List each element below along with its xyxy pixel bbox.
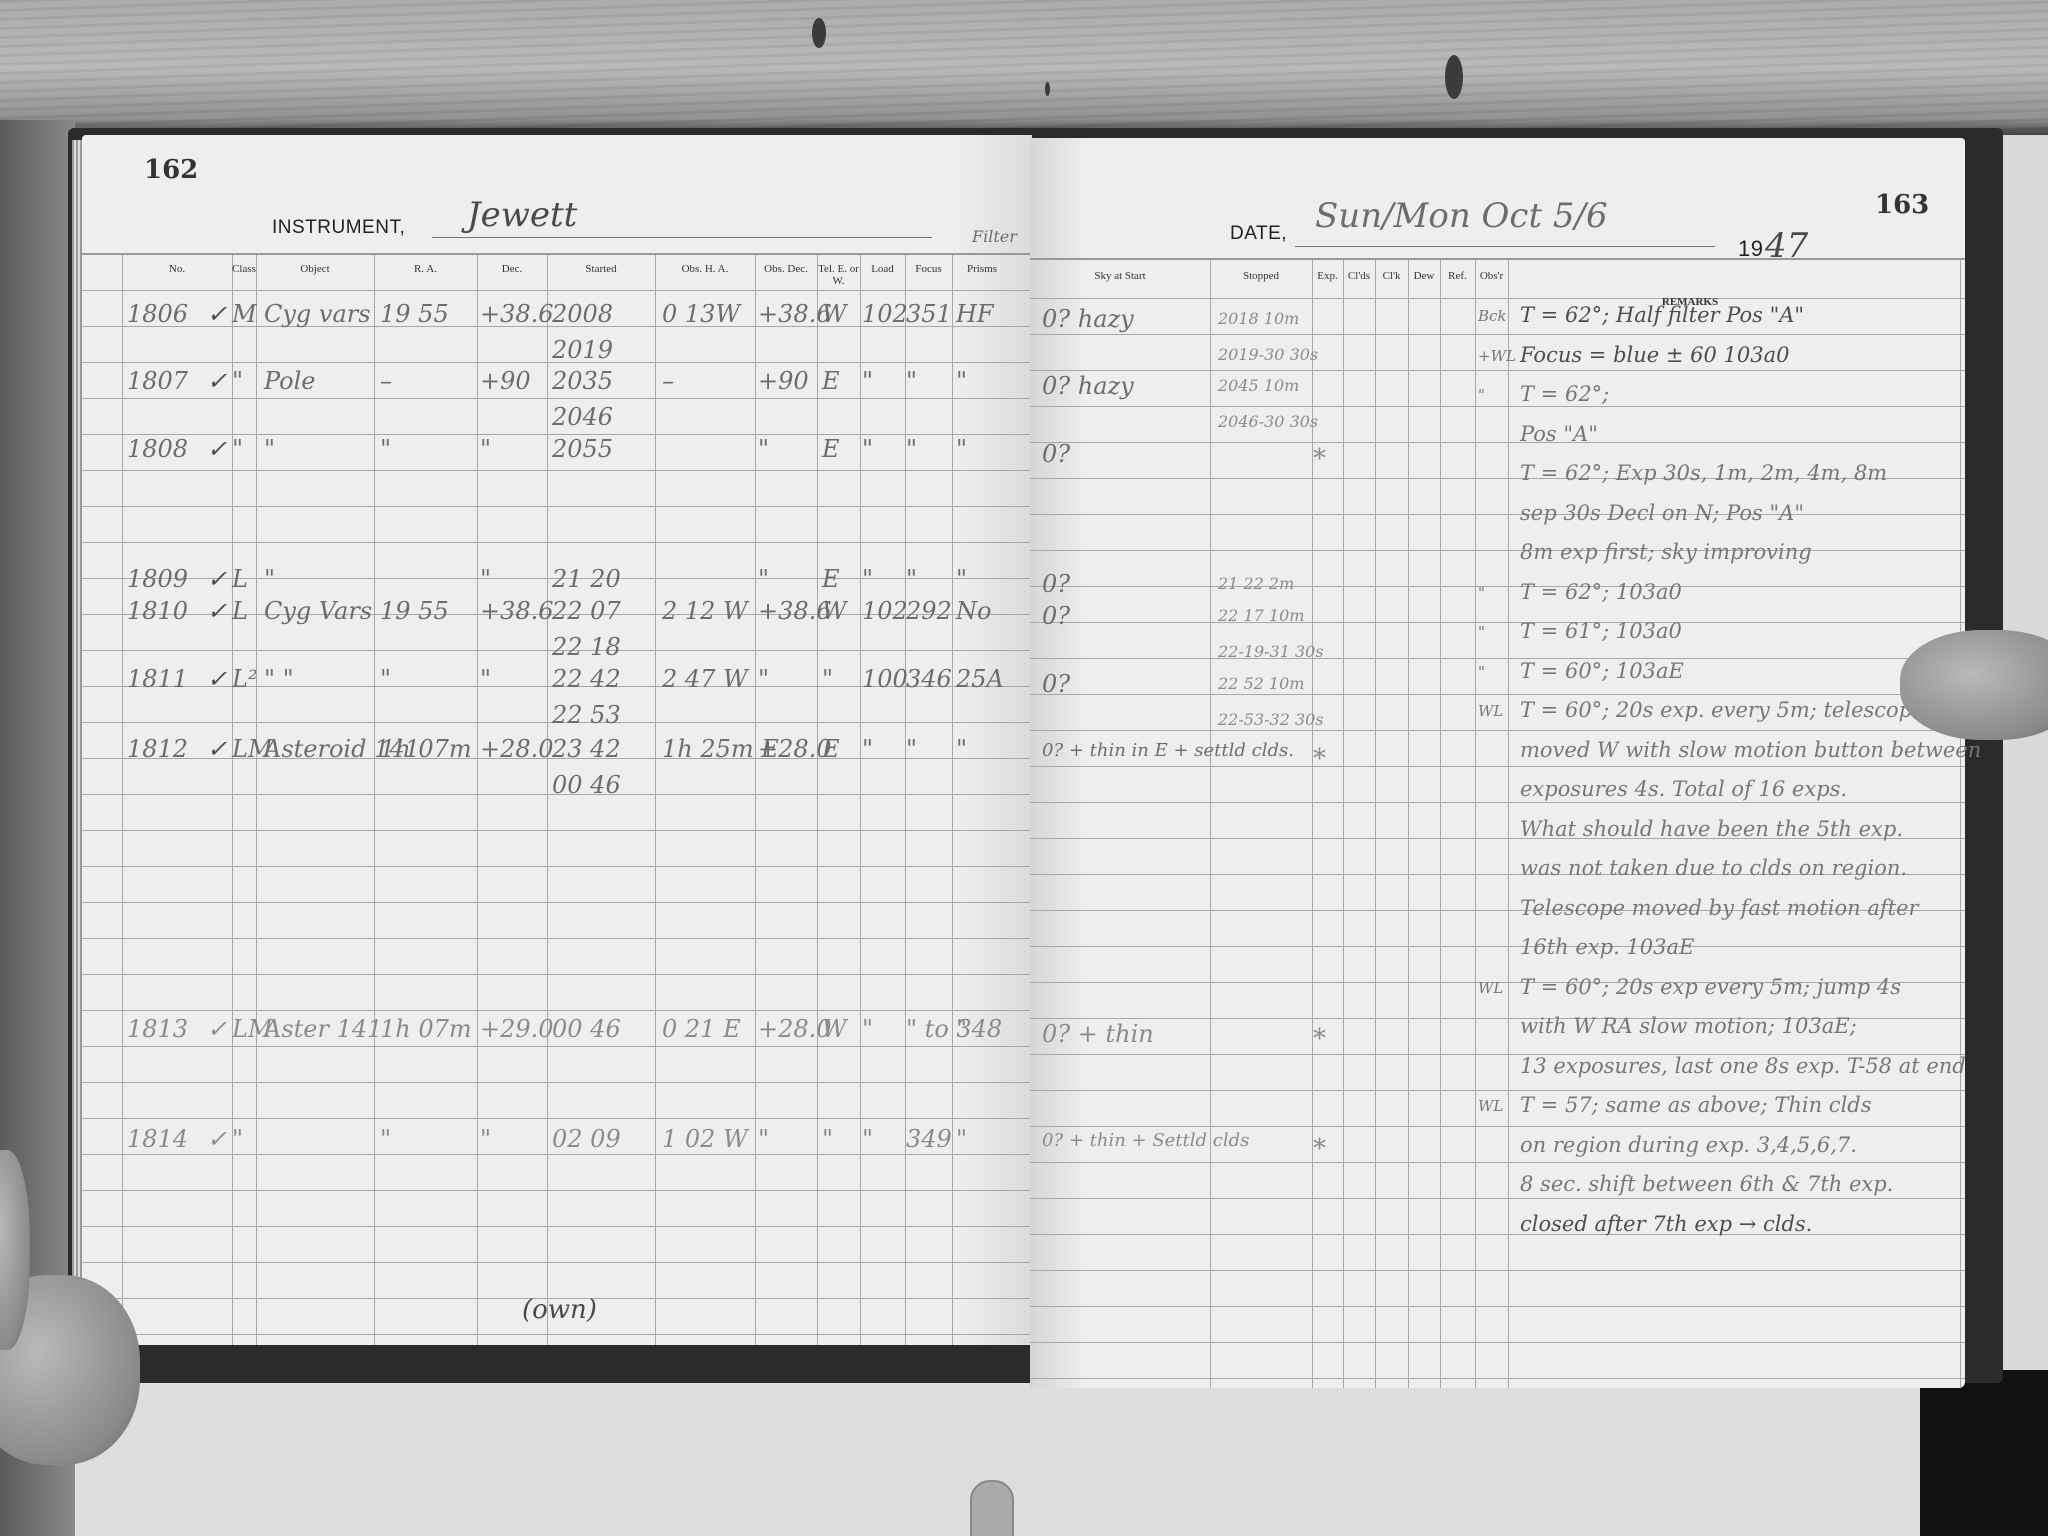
remark-line: Focus = blue ± 60 103a0: [1520, 343, 1790, 367]
grid-line: [860, 255, 861, 1345]
entry-stopped: *: [1313, 444, 1326, 474]
entry-started: 2055: [552, 435, 613, 463]
remark-line: with W RA slow motion; 103aE;: [1520, 1014, 1857, 1038]
column-header: Class: [232, 263, 256, 275]
entry-stopped: 2018 10m: [1218, 309, 1299, 328]
entry-obs_dec: +38.6: [758, 597, 832, 625]
entry-obs_ha: 1 02 W: [662, 1125, 748, 1153]
entry-prisms: ": [956, 435, 967, 463]
grid-line: [1030, 1306, 1965, 1307]
remark-prefix: +WL: [1478, 347, 1516, 365]
remark-line: 8m exp first; sky improving: [1520, 540, 1812, 564]
grid-line: [82, 290, 1032, 291]
entry-focus: 346: [906, 665, 952, 693]
remark-line: T = 62°; 103a0: [1520, 580, 1682, 604]
grid-line: [1030, 406, 1965, 407]
grid-line: [755, 255, 756, 1345]
entry-no: 1810: [127, 597, 188, 625]
entry-tel: E: [822, 735, 840, 763]
column-header: Focus: [905, 263, 952, 275]
entry-no: 1807: [127, 367, 188, 395]
entry-prisms: ": [956, 735, 967, 763]
column-header: Cl'ds: [1343, 270, 1375, 282]
remark-line: moved W with slow motion button between: [1520, 738, 1981, 762]
entry-class: ": [232, 1125, 243, 1153]
entry-ra: –: [380, 367, 392, 395]
entry-load: ": [862, 1125, 873, 1153]
entry-object: ": [264, 435, 275, 463]
remark-line: T = 57; same as above; Thin clds: [1520, 1093, 1872, 1117]
grid-line: [1030, 658, 1965, 659]
column-header: Object: [256, 263, 374, 275]
entry-check: ✓: [207, 1125, 227, 1153]
entry-focus: ": [906, 435, 917, 463]
entry-ra: 1h 07m: [380, 1015, 472, 1043]
remark-prefix: ": [1478, 663, 1485, 681]
entry-started: 23 42: [552, 735, 621, 763]
entry-stopped: *: [1313, 744, 1326, 774]
entry-tel: E: [822, 367, 840, 395]
entry-obs_ha: 2 47 W: [662, 665, 748, 693]
grid-line: [82, 398, 1032, 399]
entry-stopped: 22 52 10m: [1218, 674, 1304, 693]
remark-line: T = 61°; 103a0: [1520, 619, 1682, 643]
grid-line: [1408, 260, 1409, 1388]
entry-stopped: 2046-30 30s: [1218, 412, 1318, 431]
entry-no: 1812: [127, 735, 188, 763]
entry-check: ✓: [207, 435, 227, 463]
grid-line: [1030, 1090, 1965, 1091]
instrument-value: Jewett: [467, 195, 577, 235]
grid-line: [256, 255, 257, 1345]
grid-line: [82, 506, 1032, 507]
grid-line: [1030, 298, 1965, 299]
column-header: Sky at Start: [1050, 270, 1190, 282]
grid-line: [82, 1046, 1032, 1047]
entry-focus: ": [906, 735, 917, 763]
remark-line: Telescope moved by fast motion after: [1520, 896, 1919, 920]
grid-line: [82, 542, 1032, 543]
entry-started: 02 09: [552, 1125, 621, 1153]
entry-sky: 0? hazy: [1042, 305, 1134, 333]
entry-tel: E: [822, 435, 840, 463]
entry-no: 1808: [127, 435, 188, 463]
grid-line: [232, 255, 233, 1345]
grid-line: [82, 470, 1032, 471]
entry-obs_dec: +28.0: [758, 1015, 832, 1043]
column-header: Obs. H. A.: [655, 263, 755, 275]
grid-line: [1030, 550, 1965, 551]
grid-line: [82, 1262, 1032, 1263]
remark-line: 16th exp. 103aE: [1520, 935, 1694, 959]
entry-sky: 0? + thin + Settld clds: [1042, 1130, 1249, 1151]
grid-line: [82, 1226, 1032, 1227]
entry-sky: 0? + thin: [1042, 1020, 1154, 1048]
entry-sky: 0? + thin in E + settld clds.: [1042, 740, 1294, 761]
wood-knot: [1445, 55, 1463, 99]
column-header: No.: [122, 263, 232, 275]
entry-focus: " to 348: [906, 1015, 1002, 1043]
remark-prefix: ": [1478, 386, 1485, 404]
entry-sky: 0?: [1042, 670, 1070, 698]
entry-dec: +29.0: [480, 1015, 554, 1043]
entry-class: M: [232, 300, 257, 328]
entry-no: 1814: [127, 1125, 188, 1153]
hook: [970, 1480, 1014, 1536]
entry-dec: ": [480, 1125, 491, 1153]
entry-dec: +28.0: [480, 735, 554, 763]
entry-focus: 292: [906, 597, 952, 625]
wooden-shelf: [0, 0, 2048, 135]
entry-started: 2035: [552, 367, 613, 395]
entry-dec: ": [480, 565, 491, 593]
entry-obs_ha: 0 13W: [662, 300, 740, 328]
entry-dec: +90: [480, 367, 531, 395]
entry-load: ": [862, 735, 873, 763]
grid-line: [122, 255, 123, 1345]
instrument-label: INSTRUMENT,: [272, 217, 405, 239]
entry-check: ✓: [207, 735, 227, 763]
grid-line: [1030, 1378, 1965, 1379]
entry-dec: +38.6: [480, 300, 554, 328]
entry-load: ": [862, 435, 873, 463]
entry-sky: 0?: [1042, 602, 1070, 630]
entry-no: 1813: [127, 1015, 188, 1043]
entry-prisms: ": [956, 1015, 967, 1043]
entry-dec: ": [480, 665, 491, 693]
column-header: Stopped: [1210, 270, 1312, 282]
remark-line: T = 62°; Half filter Pos "A": [1520, 303, 1804, 327]
page-number: 162: [144, 155, 198, 185]
entry-dec: ": [480, 435, 491, 463]
entry-obs_dec: ": [758, 1125, 769, 1153]
entry-check: ✓: [207, 597, 227, 625]
entry-obs_ha: –: [662, 367, 674, 395]
year-suffix: 47: [1765, 226, 1808, 266]
grid-line: [1030, 730, 1965, 731]
entry-object: Cyg Vars: [264, 597, 372, 625]
grid-line: [1030, 514, 1965, 515]
entry-class: L: [232, 565, 248, 593]
entry-started-2: 22 18: [552, 633, 621, 661]
entry-no: 1809: [127, 565, 188, 593]
grid-line: [1475, 260, 1476, 1388]
entry-class: ": [232, 367, 243, 395]
entry-obs_ha: 0 21 E: [662, 1015, 741, 1043]
column-header: Cl'k: [1375, 270, 1408, 282]
entry-check: ✓: [207, 665, 227, 693]
entry-prisms: ": [956, 367, 967, 395]
filter-note: Filter: [972, 227, 1017, 246]
entry-obs_dec: ": [758, 435, 769, 463]
grid-line: [1210, 260, 1211, 1388]
remark-line: T = 60°; 20s exp every 5m; jump 4s: [1520, 975, 1901, 999]
grid-line: [1030, 1198, 1965, 1199]
entry-ra: 19 55: [380, 300, 449, 328]
entry-load: ": [862, 565, 873, 593]
entry-prisms: 25A: [956, 665, 1004, 693]
grid-line: [1030, 694, 1965, 695]
grid-line: [82, 974, 1032, 975]
right-page: 163 DATE, Sun/Mon Oct 5/6 19 47 Sky at S…: [1030, 138, 1965, 1388]
grid-line: [82, 866, 1032, 867]
column-header: Dec.: [477, 263, 547, 275]
entry-load: 102: [862, 300, 908, 328]
grid-line: [1343, 260, 1344, 1388]
entry-obs_ha: 2 12 W: [662, 597, 748, 625]
entry-load: ": [862, 1015, 873, 1043]
entry-prisms: No: [956, 597, 991, 625]
wood-knot: [812, 18, 826, 48]
entry-obs_dec: +90: [758, 367, 809, 395]
grid-line: [1030, 1162, 1965, 1163]
column-header: Ref.: [1440, 270, 1475, 282]
remark-prefix: Bck: [1478, 307, 1507, 325]
grid-line: [655, 255, 656, 1345]
remark-line: T = 60°; 20s exp. every 5m; telescope: [1520, 698, 1925, 722]
entry-no: 1811: [127, 665, 188, 693]
entry-load: 100: [862, 665, 908, 693]
entry-check: ✓: [207, 1015, 227, 1043]
entry-class: L: [232, 597, 248, 625]
background-shadow: [1920, 1370, 2048, 1536]
grid-line: [1030, 1342, 1965, 1343]
remark-line: exposures 4s. Total of 16 exps.: [1520, 777, 1847, 801]
entry-obs_dec: ": [758, 665, 769, 693]
grid-line: [82, 1118, 1032, 1119]
column-header: Obs. Dec.: [755, 263, 817, 275]
entry-tel: W: [822, 1015, 847, 1043]
remark-line: closed after 7th exp → clds.: [1520, 1212, 1812, 1236]
grid-line: [1030, 1126, 1965, 1127]
grid-line: [82, 1082, 1032, 1083]
entry-load: ": [862, 367, 873, 395]
grid-line: [82, 1190, 1032, 1191]
entry-stopped: 22 17 10m: [1218, 606, 1304, 625]
remark-prefix: ": [1478, 623, 1485, 641]
column-header: R. A.: [374, 263, 477, 275]
grid-line: [82, 938, 1032, 939]
entry-started: 2008: [552, 300, 613, 328]
grid-line: [1030, 622, 1965, 623]
entry-stopped: 2045 10m: [1218, 376, 1299, 395]
remark-line: was not taken due to clds on region.: [1520, 856, 1907, 880]
entry-ra: ": [380, 665, 391, 693]
grid-line: [477, 255, 478, 1345]
entry-class: L²: [232, 665, 258, 693]
entry-stopped: 2019-30 30s: [1218, 345, 1318, 364]
entry-stopped: 22-53-32 30s: [1218, 710, 1324, 729]
grid-line: [82, 830, 1032, 831]
grid-line: [1030, 334, 1965, 335]
entry-stopped: 22-19-31 30s: [1218, 642, 1324, 661]
entry-sky: 0? hazy: [1042, 372, 1134, 400]
entry-stopped: 21 22 2m: [1218, 574, 1294, 593]
column-header: Started: [547, 263, 655, 275]
remark-prefix: WL: [1478, 1097, 1503, 1115]
column-header: Exp.: [1312, 270, 1343, 282]
wood-knot: [1045, 82, 1050, 96]
date-value: Sun/Mon Oct 5/6: [1315, 196, 1608, 236]
entry-obs_dec: +38.6: [758, 300, 832, 328]
remark-line: T = 60°; 103aE: [1520, 659, 1684, 683]
thumb-right: [1900, 630, 2048, 740]
remark-line: What should have been the 5th exp.: [1520, 817, 1903, 841]
entry-stopped: *: [1313, 1024, 1326, 1054]
entry-obs_dec: +28.0: [758, 735, 832, 763]
grid-line: [1030, 586, 1965, 587]
grid-line: [547, 255, 548, 1345]
entry-load: 102: [862, 597, 908, 625]
entry-object: " ": [264, 665, 294, 693]
grid-line: [82, 1154, 1032, 1155]
entry-started: 22 07: [552, 597, 621, 625]
grid-line: [1030, 946, 1965, 947]
entry-object: Aster 141: [264, 1015, 382, 1043]
entry-started-2: 2046: [552, 403, 613, 431]
entry-stopped: *: [1313, 1134, 1326, 1164]
entry-started-2: 2019: [552, 336, 613, 364]
grid-line: [1030, 1270, 1965, 1271]
remark-line: sep 30s Decl on N; Pos "A": [1520, 501, 1804, 525]
page-number: 163: [1875, 190, 1929, 220]
entry-object: Pole: [264, 367, 316, 395]
entry-no: 1806: [127, 300, 188, 328]
grid-line: [1030, 1234, 1965, 1235]
entry-dec: +38.6: [480, 597, 554, 625]
entry-ra: 1h 07m: [380, 735, 472, 763]
remark-prefix: ": [1478, 584, 1485, 602]
entry-check: ✓: [207, 367, 227, 395]
grid-line: [817, 255, 818, 1345]
left-page: 162 INSTRUMENT, Jewett Filter No.ClassOb…: [82, 135, 1032, 1345]
grid-line: [82, 1010, 1032, 1011]
entry-check: ✓: [207, 300, 227, 328]
entry-focus: ": [906, 565, 917, 593]
entry-prisms: HF: [956, 300, 994, 328]
column-header: Tel. E. or W.: [817, 263, 860, 287]
entry-focus: ": [906, 367, 917, 395]
entry-focus: 351: [906, 300, 952, 328]
entry-tel: W: [822, 597, 847, 625]
column-header: Obs'r: [1475, 270, 1508, 282]
entry-class: ": [232, 435, 243, 463]
grid-line: [1440, 260, 1441, 1388]
entry-ra: ": [380, 1125, 391, 1153]
entry-sky: 0?: [1042, 570, 1070, 598]
entry-ra: ": [380, 435, 391, 463]
signature: (own): [522, 1295, 597, 1325]
entry-started: 21 20: [552, 565, 621, 593]
entry-started-2: 22 53: [552, 701, 621, 729]
entry-check: ✓: [207, 565, 227, 593]
grid-line: [1030, 370, 1965, 371]
entry-tel: E: [822, 565, 840, 593]
entry-tel: ": [822, 665, 833, 693]
grid-line: [82, 902, 1032, 903]
grid-line: [952, 255, 953, 1345]
entry-prisms: ": [956, 565, 967, 593]
column-header: Prisms: [952, 263, 1012, 275]
remark-line: Pos "A": [1520, 422, 1598, 446]
grid-line: [1030, 802, 1965, 803]
entry-ra: 19 55: [380, 597, 449, 625]
remark-line: 8 sec. shift between 6th & 7th exp.: [1520, 1172, 1893, 1196]
entry-tel: W: [822, 300, 847, 328]
remark-line: 13 exposures, last one 8s exp. T-58 at e…: [1520, 1054, 1966, 1078]
entry-started: 22 42: [552, 665, 621, 693]
grid-line: [1508, 260, 1509, 1388]
remark-prefix: WL: [1478, 979, 1503, 997]
remark-line: T = 62°; Exp 30s, 1m, 2m, 4m, 8m: [1520, 461, 1887, 485]
entry-prisms: ": [956, 1125, 967, 1153]
column-header: Dew: [1408, 270, 1440, 282]
entry-focus: 349: [906, 1125, 952, 1153]
date-label: DATE,: [1230, 223, 1287, 245]
remark-prefix: WL: [1478, 702, 1503, 720]
grid-line: [82, 1334, 1032, 1335]
entry-object: ": [264, 565, 275, 593]
column-header: Load: [860, 263, 905, 275]
remark-line: T = 62°;: [1520, 382, 1609, 406]
grid-line: [1960, 260, 1961, 1388]
remark-line: on region during exp. 3,4,5,6,7.: [1520, 1133, 1857, 1157]
entry-started-2: 00 46: [552, 771, 621, 799]
grid-line: [905, 255, 906, 1345]
entry-object: Cyg vars: [264, 300, 371, 328]
grid-line: [1375, 260, 1376, 1388]
grid-line: [1030, 766, 1965, 767]
entry-started: 00 46: [552, 1015, 621, 1043]
entry-obs_dec: ": [758, 565, 769, 593]
grid-line: [1030, 442, 1965, 443]
entry-tel: ": [822, 1125, 833, 1153]
grid-line: [374, 255, 375, 1345]
entry-sky: 0?: [1042, 440, 1070, 468]
